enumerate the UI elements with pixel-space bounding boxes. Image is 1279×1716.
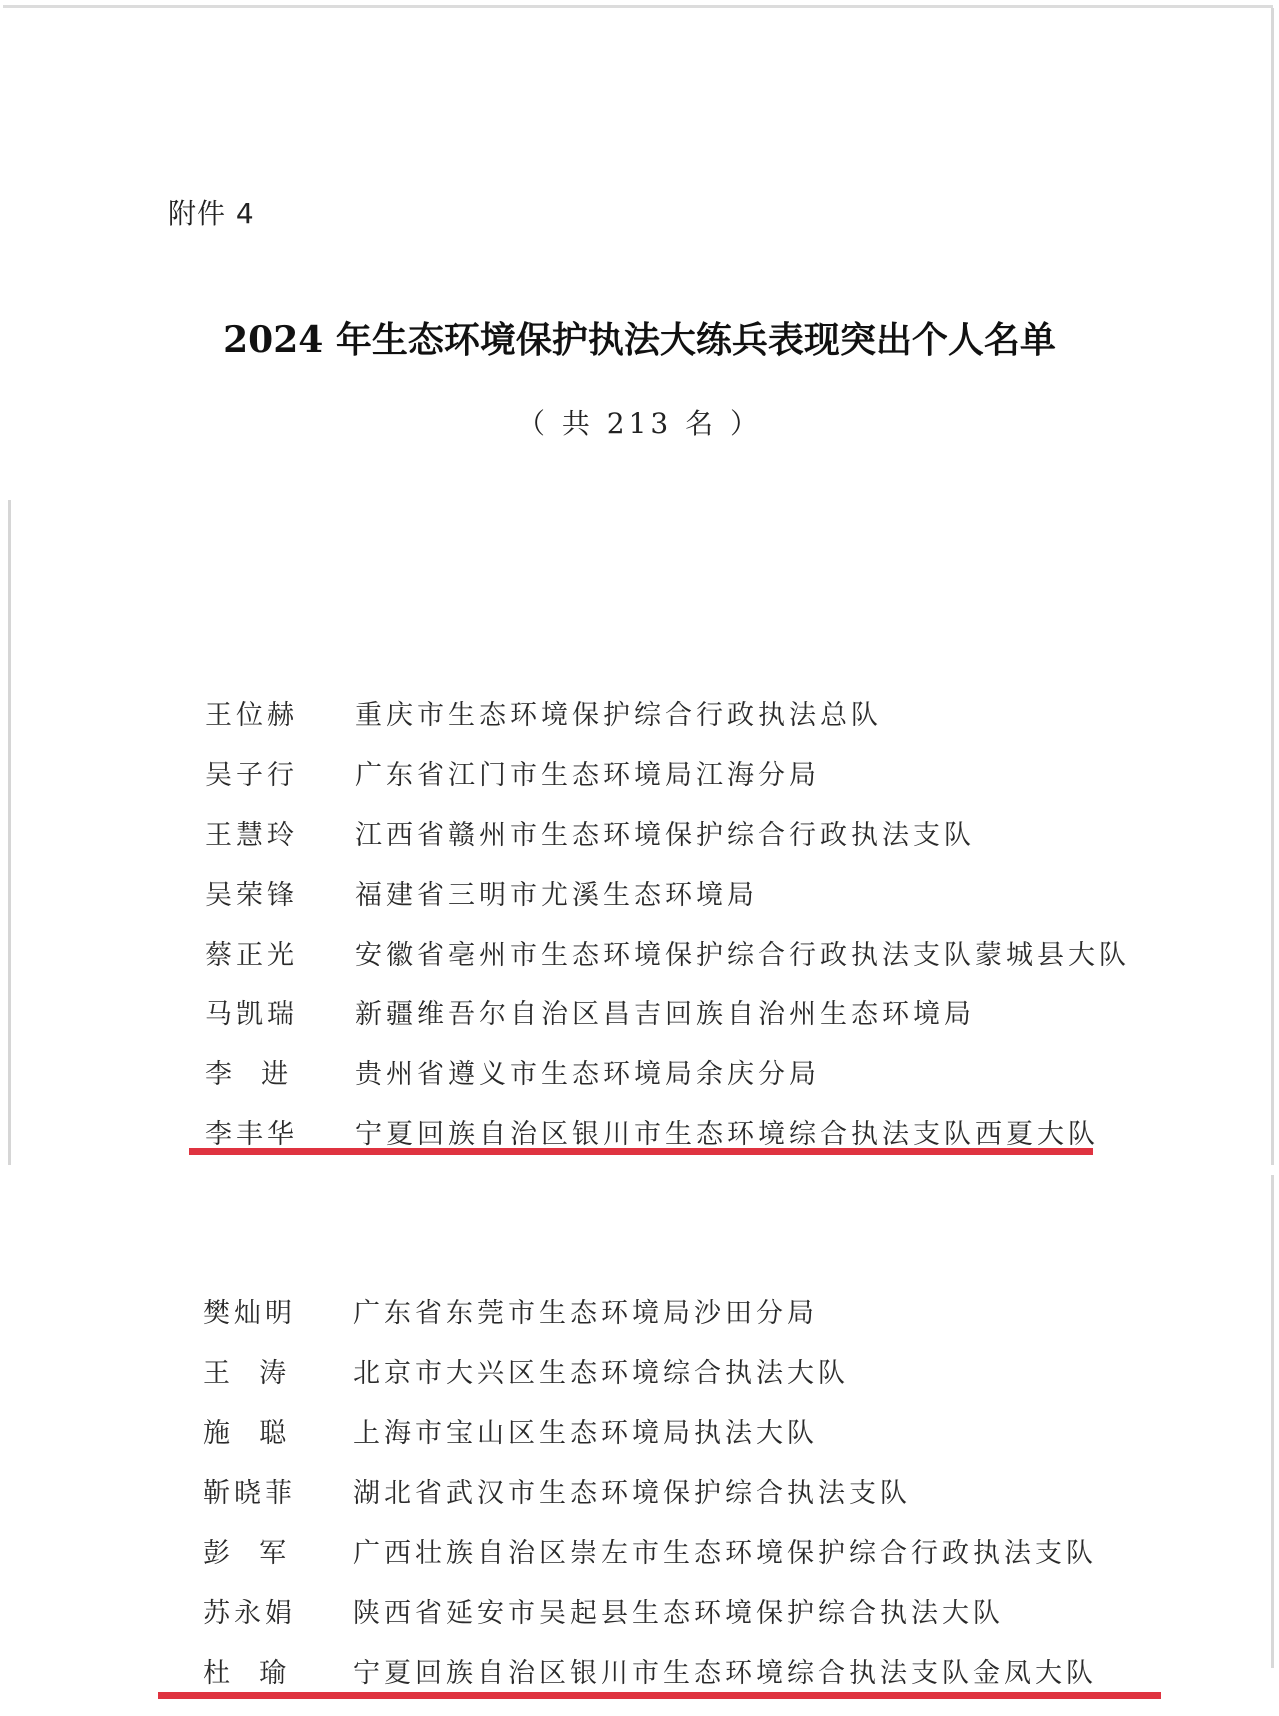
list-item: 蔡正光 安徽省亳州市生态环境保护综合行政执法支队蒙城县大队: [205, 932, 1130, 972]
person-name: 马凯瑞: [205, 992, 355, 1031]
organization-name: 宁夏回族自治区银川市生态环境综合执法支队西夏大队: [355, 1112, 1099, 1151]
organization-name: 广东省东莞市生态环境局沙田分局: [353, 1291, 818, 1330]
person-name: 靳晓菲: [203, 1471, 353, 1510]
person-name: 吴子行: [205, 753, 355, 792]
red-highlight-underline: [189, 1148, 1093, 1155]
document-title: 2024 年生态环境保护执法大练兵表现突出个人名单: [0, 312, 1279, 363]
organization-name: 宁夏回族自治区银川市生态环境综合执法支队金凤大队: [353, 1651, 1097, 1690]
page-frame-gap: [1268, 1165, 1276, 1175]
organization-name: 安徽省亳州市生态环境保护综合行政执法支队蒙城县大队: [355, 933, 1130, 972]
organization-name: 新疆维吾尔自治区昌吉回族自治州生态环境局: [355, 992, 975, 1031]
list-item: 吴子行 广东省江门市生态环境局江海分局: [205, 752, 820, 792]
attachment-label: 附件 4: [168, 192, 255, 232]
person-name: 杜 瑜: [203, 1651, 353, 1690]
page-frame-top-border: [3, 5, 1273, 8]
list-item: 施 聪 上海市宝山区生态环境局执法大队: [203, 1410, 818, 1450]
person-name: 王慧玲: [205, 813, 355, 852]
organization-name: 重庆市生态环境保护综合行政执法总队: [355, 693, 882, 732]
organization-name: 湖北省武汉市生态环境保护综合执法支队: [353, 1471, 911, 1510]
person-name: 吴荣锋: [205, 873, 355, 912]
list-item-highlighted: 杜 瑜 宁夏回族自治区银川市生态环境综合执法支队金凤大队: [203, 1650, 1097, 1690]
organization-name: 上海市宝山区生态环境局执法大队: [353, 1411, 818, 1450]
list-item: 樊灿明 广东省东莞市生态环境局沙田分局: [203, 1290, 818, 1330]
list-item: 王慧玲 江西省赣州市生态环境保护综合行政执法支队: [205, 812, 975, 852]
page-frame-left-border: [8, 500, 11, 1165]
person-name: 王位赫: [205, 693, 355, 732]
list-item: 王位赫 重庆市生态环境保护综合行政执法总队: [205, 692, 882, 732]
document-subtitle: （ 共 213 名 ）: [0, 402, 1279, 442]
person-name: 李 进: [205, 1052, 355, 1091]
list-item: 李 进 贵州省遵义市生态环境局余庆分局: [205, 1051, 820, 1091]
person-name: 蔡正光: [205, 933, 355, 972]
organization-name: 广西壮族自治区崇左市生态环境保护综合行政执法支队: [353, 1531, 1097, 1570]
red-highlight-underline: [158, 1692, 1161, 1699]
organization-name: 北京市大兴区生态环境综合执法大队: [353, 1351, 849, 1390]
list-item: 彭 军 广西壮族自治区崇左市生态环境保护综合行政执法支队: [203, 1530, 1097, 1570]
organization-name: 江西省赣州市生态环境保护综合行政执法支队: [355, 813, 975, 852]
organization-name: 贵州省遵义市生态环境局余庆分局: [355, 1052, 820, 1091]
person-name: 施 聪: [203, 1411, 353, 1450]
person-name: 王 涛: [203, 1351, 353, 1390]
list-item-highlighted: 李丰华 宁夏回族自治区银川市生态环境综合执法支队西夏大队: [205, 1111, 1099, 1151]
list-item: 马凯瑞 新疆维吾尔自治区昌吉回族自治州生态环境局: [205, 991, 975, 1031]
person-name: 樊灿明: [203, 1291, 353, 1330]
person-name: 苏永娟: [203, 1591, 353, 1630]
list-item: 吴荣锋 福建省三明市尤溪生态环境局: [205, 872, 758, 912]
organization-name: 福建省三明市尤溪生态环境局: [355, 873, 758, 912]
list-item: 王 涛 北京市大兴区生态环境综合执法大队: [203, 1350, 849, 1390]
person-name: 彭 军: [203, 1531, 353, 1570]
page-frame-right-border: [1271, 8, 1274, 1668]
person-name: 李丰华: [205, 1112, 355, 1151]
organization-name: 陕西省延安市吴起县生态环境保护综合执法大队: [353, 1591, 1004, 1630]
list-item: 苏永娟 陕西省延安市吴起县生态环境保护综合执法大队: [203, 1590, 1004, 1630]
organization-name: 广东省江门市生态环境局江海分局: [355, 753, 820, 792]
list-item: 靳晓菲 湖北省武汉市生态环境保护综合执法支队: [203, 1470, 911, 1510]
